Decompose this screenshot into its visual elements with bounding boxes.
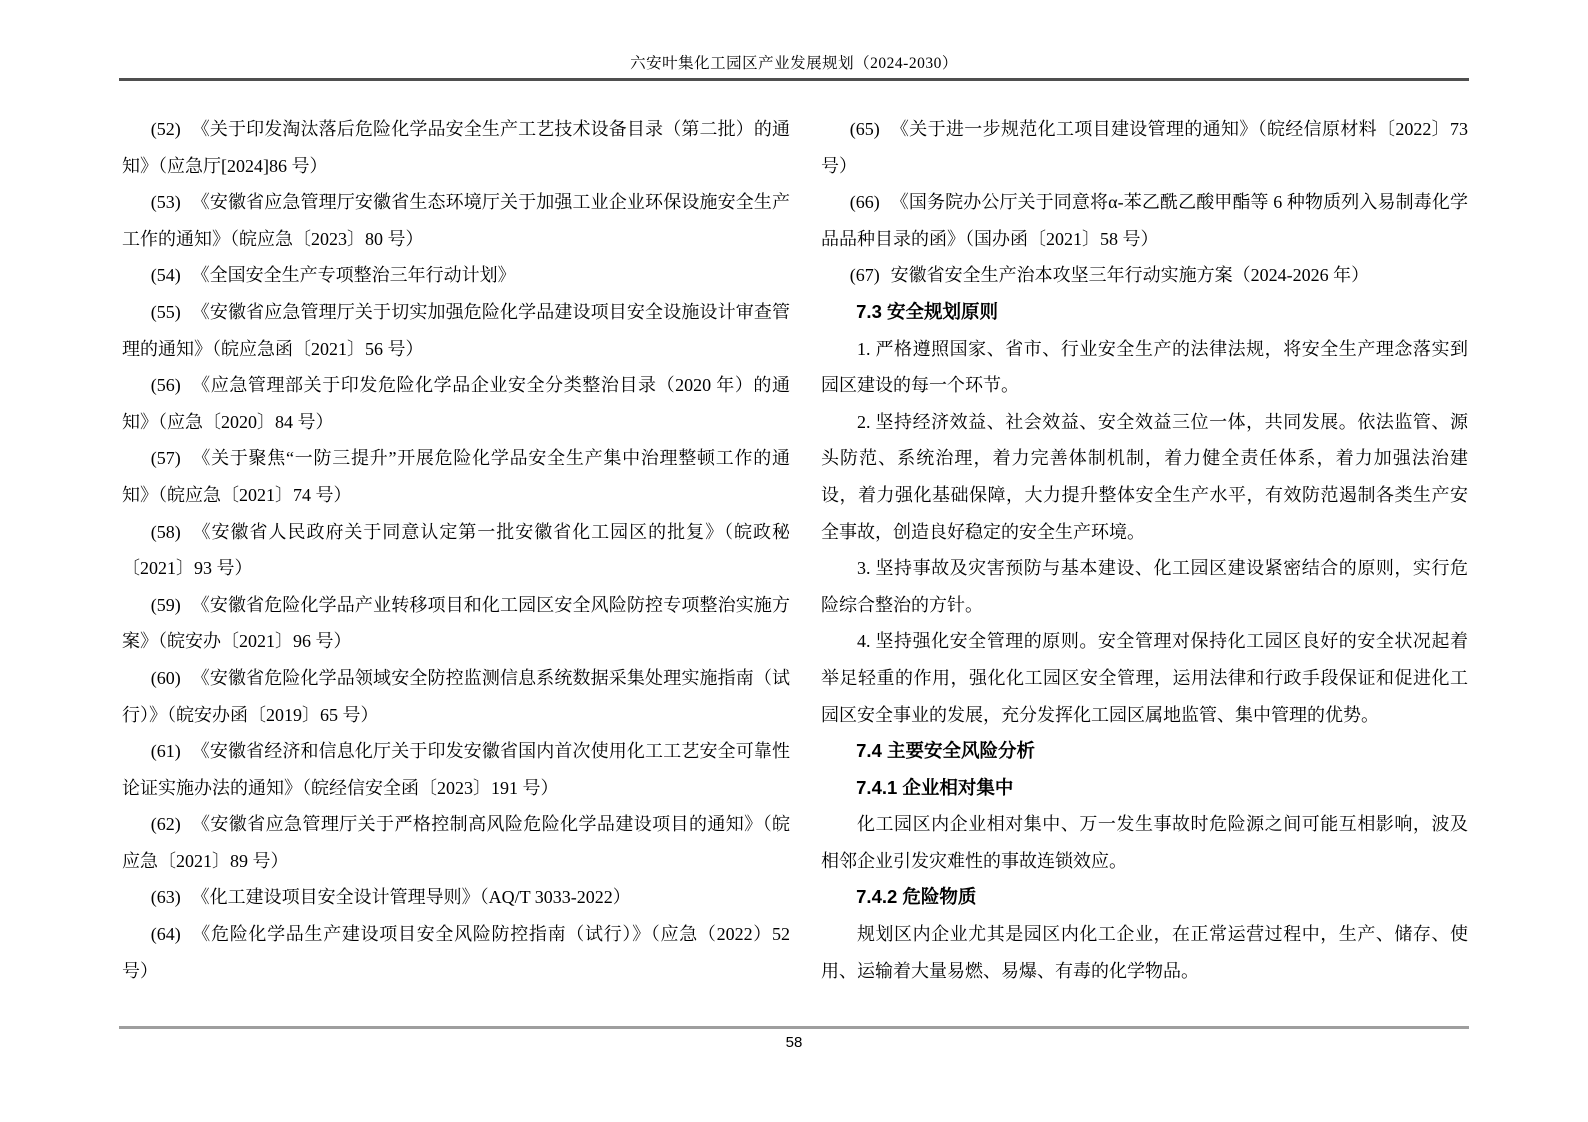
- item-number: (57): [151, 448, 181, 468]
- item-number: (67): [850, 265, 880, 285]
- item-number: (66): [850, 192, 880, 212]
- reference-item: (62)《安徽省应急管理厅关于严格控制高风险危险化学品建设项目的通知》（皖应急〔…: [122, 806, 790, 879]
- item-number: (62): [151, 814, 181, 834]
- reference-item: (67)安徽省安全生产治本攻坚三年行动实施方案（2024-2026 年）: [821, 257, 1468, 294]
- reference-item: (54)《全国安全生产专项整治三年行动计划》: [122, 257, 790, 294]
- item-text: 安徽省安全生产治本攻坚三年行动实施方案（2024-2026 年）: [891, 265, 1370, 285]
- document-title: 六安叶集化工园区产业发展规划（2024-2030）: [120, 51, 1468, 73]
- item-text: 《安徽省应急管理厅关于严格控制高风险危险化学品建设项目的通知》（皖应急〔2021…: [122, 814, 790, 871]
- reference-item: (65)《关于进一步规范化工项目建设管理的通知》（皖经信原材料〔2022〕73 …: [821, 111, 1468, 184]
- item-number: (53): [151, 192, 181, 212]
- item-text: 《安徽省应急管理厅关于切实加强危险化学品建设项目安全设施设计审查管理的通知》（皖…: [122, 302, 790, 359]
- reference-item: (53)《安徽省应急管理厅安徽省生态环境厅关于加强工业企业环保设施安全生产工作的…: [122, 184, 790, 257]
- section-heading: 7.4.2 危险物质: [821, 879, 1468, 916]
- right-column: (65)《关于进一步规范化工项目建设管理的通知》（皖经信原材料〔2022〕73 …: [821, 111, 1468, 989]
- reference-item: (59)《安徽省危险化学品产业转移项目和化工园区安全风险防控专项整治实施方案》（…: [122, 587, 790, 660]
- item-text: 《安徽省危险化学品产业转移项目和化工园区安全风险防控专项整治实施方案》（皖安办〔…: [122, 595, 790, 652]
- document-page: 六安叶集化工园区产业发展规划（2024-2030） (52)《关于印发淘汰落后危…: [0, 0, 1588, 1122]
- reference-item: (66)《国务院办公厅关于同意将α-苯乙酰乙酸甲酯等 6 种物质列入易制毒化学品…: [821, 184, 1468, 257]
- item-number: (63): [151, 887, 181, 907]
- reference-item: (52)《关于印发淘汰落后危险化学品安全生产工艺技术设备目录（第二批）的通知》（…: [122, 111, 790, 184]
- item-text: 《化工建设项目安全设计管理导则》（AQ/T 3033-2022）: [192, 887, 631, 907]
- item-number: (61): [151, 741, 181, 761]
- reference-item: (64)《危险化学品生产建设项目安全风险防控指南（试行）》（应急（2022）52…: [122, 916, 790, 989]
- item-text: 《安徽省经济和信息化厅关于印发安徽省国内首次使用化工工艺安全可靠性论证实施办法的…: [122, 741, 790, 798]
- item-text: 《关于印发淘汰落后危险化学品安全生产工艺技术设备目录（第二批）的通知》（应急厅[…: [122, 119, 790, 176]
- item-number: (52): [151, 119, 181, 139]
- item-number: (59): [151, 595, 181, 615]
- section-heading: 7.4.1 企业相对集中: [821, 770, 1468, 807]
- body-paragraph: 2. 坚持经济效益、社会效益、安全效益三位一体，共同发展。依法监管、源头防范、系…: [821, 404, 1468, 550]
- reference-item: (61)《安徽省经济和信息化厅关于印发安徽省国内首次使用化工工艺安全可靠性论证实…: [122, 733, 790, 806]
- reference-item: (60)《安徽省危险化学品领域安全防控监测信息系统数据采集处理实施指南（试行）》…: [122, 660, 790, 733]
- item-text: 《全国安全生产专项整治三年行动计划》: [192, 265, 516, 285]
- left-column: (52)《关于印发淘汰落后危险化学品安全生产工艺技术设备目录（第二批）的通知》（…: [122, 111, 790, 989]
- item-number: (65): [850, 119, 880, 139]
- section-heading: 7.3 安全规划原则: [821, 294, 1468, 331]
- item-number: (64): [151, 924, 181, 944]
- reference-item: (63)《化工建设项目安全设计管理导则》（AQ/T 3033-2022）: [122, 879, 790, 916]
- item-text: 《安徽省应急管理厅安徽省生态环境厅关于加强工业企业环保设施安全生产工作的通知》（…: [122, 192, 790, 249]
- page-number: 58: [120, 1034, 1468, 1051]
- item-text: 《危险化学品生产建设项目安全风险防控指南（试行）》（应急（2022）52 号）: [122, 924, 790, 981]
- item-number: (60): [151, 668, 181, 688]
- item-number: (55): [151, 302, 181, 322]
- item-text: 《关于进一步规范化工项目建设管理的通知》（皖经信原材料〔2022〕73 号）: [821, 119, 1468, 176]
- body-paragraph: 1. 严格遵照国家、省市、行业安全生产的法律法规，将安全生产理念落实到园区建设的…: [821, 331, 1468, 404]
- body-paragraph: 4. 坚持强化安全管理的原则。安全管理对保持化工园区良好的安全状况起着举足轻重的…: [821, 623, 1468, 733]
- reference-item: (56)《应急管理部关于印发危险化学品企业安全分类整治目录（2020 年）的通知…: [122, 367, 790, 440]
- item-text: 《安徽省危险化学品领域安全防控监测信息系统数据采集处理实施指南（试行）》（皖安办…: [122, 668, 790, 725]
- body-paragraph: 化工园区内企业相对集中、万一发生事故时危险源之间可能互相影响，波及相邻企业引发灾…: [821, 806, 1468, 879]
- body-paragraph: 规划区内企业尤其是园区内化工企业，在正常运营过程中，生产、储存、使用、运输着大量…: [821, 916, 1468, 989]
- reference-item: (57)《关于聚焦“一防三提升”开展危险化学品安全生产集中治理整顿工作的通知》（…: [122, 440, 790, 513]
- header-rule: [119, 78, 1469, 81]
- item-text: 《安徽省人民政府关于同意认定第一批安徽省化工园区的批复》（皖政秘〔2021〕93…: [122, 522, 790, 579]
- footer-rule: [119, 1026, 1469, 1029]
- body-paragraph: 3. 坚持事故及灾害预防与基本建设、化工园区建设紧密结合的原则，实行危险综合整治…: [821, 550, 1468, 623]
- item-number: (54): [151, 265, 181, 285]
- reference-item: (55)《安徽省应急管理厅关于切实加强危险化学品建设项目安全设施设计审查管理的通…: [122, 294, 790, 367]
- item-text: 《关于聚焦“一防三提升”开展危险化学品安全生产集中治理整顿工作的通知》（皖应急〔…: [122, 448, 790, 505]
- item-number: (58): [151, 522, 181, 542]
- item-number: (56): [151, 375, 181, 395]
- item-text: 《应急管理部关于印发危险化学品企业安全分类整治目录（2020 年）的通知》（应急…: [122, 375, 790, 432]
- section-heading: 7.4 主要安全风险分析: [821, 733, 1468, 770]
- item-text: 《国务院办公厅关于同意将α-苯乙酰乙酸甲酯等 6 种物质列入易制毒化学品品种目录…: [821, 192, 1468, 249]
- reference-item: (58)《安徽省人民政府关于同意认定第一批安徽省化工园区的批复》（皖政秘〔202…: [122, 514, 790, 587]
